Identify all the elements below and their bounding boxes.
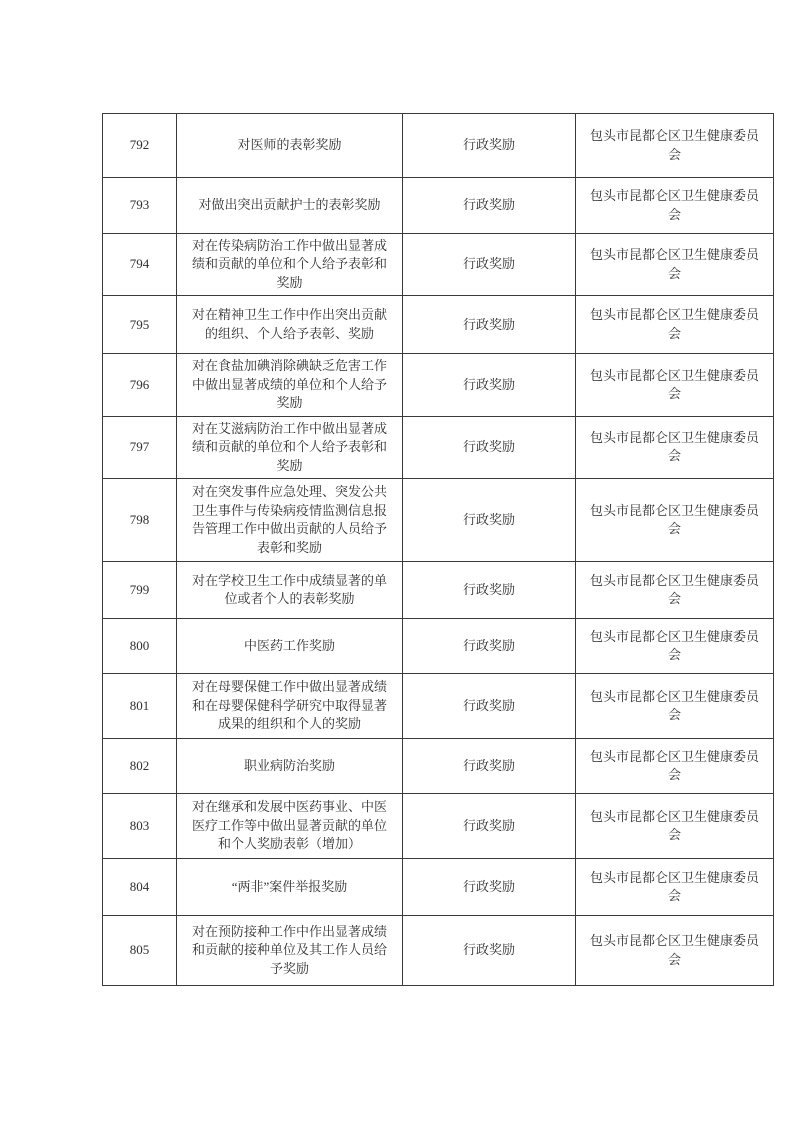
award-category-cell: 行政奖励 bbox=[403, 859, 576, 916]
table-row: 802职业病防治奖励行政奖励包头市昆都仑区卫生健康委员会 bbox=[103, 739, 774, 794]
award-category-cell: 行政奖励 bbox=[403, 562, 576, 619]
award-category-cell: 行政奖励 bbox=[403, 479, 576, 562]
implementing-authority-cell: 包头市昆都仑区卫生健康委员会 bbox=[576, 794, 774, 859]
award-category-cell: 行政奖励 bbox=[403, 234, 576, 296]
award-item-cell: 中医药工作奖励 bbox=[177, 619, 403, 674]
table-row: 797对在艾滋病防治工作中做出显著成绩和贡献的单位和个人给予表彰和奖励行政奖励包… bbox=[103, 416, 774, 478]
table-row: 798对在突发事件应急处理、突发公共卫生事件与传染病疫情监测信息报告管理工作中做… bbox=[103, 479, 774, 562]
table-row: 800中医药工作奖励行政奖励包头市昆都仑区卫生健康委员会 bbox=[103, 619, 774, 674]
implementing-authority-cell: 包头市昆都仑区卫生健康委员会 bbox=[576, 234, 774, 296]
implementing-authority-cell: 包头市昆都仑区卫生健康委员会 bbox=[576, 114, 774, 178]
implementing-authority-cell: 包头市昆都仑区卫生健康委员会 bbox=[576, 916, 774, 986]
row-number-cell: 795 bbox=[103, 296, 177, 354]
row-number-cell: 801 bbox=[103, 674, 177, 739]
administrative-awards-table: 792对医师的表彰奖励行政奖励包头市昆都仑区卫生健康委员会793对做出突出贡献护… bbox=[102, 113, 774, 986]
implementing-authority-cell: 包头市昆都仑区卫生健康委员会 bbox=[576, 479, 774, 562]
implementing-authority-cell: 包头市昆都仑区卫生健康委员会 bbox=[576, 859, 774, 916]
award-category-cell: 行政奖励 bbox=[403, 178, 576, 234]
table-row: 805对在预防接种工作中作出显著成绩和贡献的接种单位及其工作人员给予奖励行政奖励… bbox=[103, 916, 774, 986]
table-row: 804“两非”案件举报奖励行政奖励包头市昆都仑区卫生健康委员会 bbox=[103, 859, 774, 916]
implementing-authority-cell: 包头市昆都仑区卫生健康委员会 bbox=[576, 354, 774, 416]
table-row: 792对医师的表彰奖励行政奖励包头市昆都仑区卫生健康委员会 bbox=[103, 114, 774, 178]
award-item-cell: 对在继承和发展中医药事业、中医医疗工作等中做出显著贡献的单位和个人奖励表彰（增加… bbox=[177, 794, 403, 859]
table-row: 795对在精神卫生工作中作出突出贡献的组织、个人给予表彰、奖励行政奖励包头市昆都… bbox=[103, 296, 774, 354]
table-row: 803对在继承和发展中医药事业、中医医疗工作等中做出显著贡献的单位和个人奖励表彰… bbox=[103, 794, 774, 859]
award-item-cell: 职业病防治奖励 bbox=[177, 739, 403, 794]
row-number-cell: 793 bbox=[103, 178, 177, 234]
row-number-cell: 805 bbox=[103, 916, 177, 986]
implementing-authority-cell: 包头市昆都仑区卫生健康委员会 bbox=[576, 178, 774, 234]
award-item-cell: “两非”案件举报奖励 bbox=[177, 859, 403, 916]
row-number-cell: 799 bbox=[103, 562, 177, 619]
award-item-cell: 对在传染病防治工作中做出显著成绩和贡献的单位和个人给予表彰和奖励 bbox=[177, 234, 403, 296]
implementing-authority-cell: 包头市昆都仑区卫生健康委员会 bbox=[576, 674, 774, 739]
row-number-cell: 797 bbox=[103, 416, 177, 478]
award-category-cell: 行政奖励 bbox=[403, 354, 576, 416]
award-item-cell: 对做出突出贡献护士的表彰奖励 bbox=[177, 178, 403, 234]
award-item-cell: 对在突发事件应急处理、突发公共卫生事件与传染病疫情监测信息报告管理工作中做出贡献… bbox=[177, 479, 403, 562]
table-row: 801对在母婴保健工作中做出显著成绩和在母婴保健科学研究中取得显著成果的组织和个… bbox=[103, 674, 774, 739]
table-row: 794对在传染病防治工作中做出显著成绩和贡献的单位和个人给予表彰和奖励行政奖励包… bbox=[103, 234, 774, 296]
award-item-cell: 对在学校卫生工作中成绩显著的单位或者个人的表彰奖励 bbox=[177, 562, 403, 619]
implementing-authority-cell: 包头市昆都仑区卫生健康委员会 bbox=[576, 619, 774, 674]
implementing-authority-cell: 包头市昆都仑区卫生健康委员会 bbox=[576, 562, 774, 619]
award-category-cell: 行政奖励 bbox=[403, 416, 576, 478]
award-category-cell: 行政奖励 bbox=[403, 619, 576, 674]
award-item-cell: 对在食盐加碘消除碘缺乏危害工作中做出显著成绩的单位和个人给予奖励 bbox=[177, 354, 403, 416]
implementing-authority-cell: 包头市昆都仑区卫生健康委员会 bbox=[576, 416, 774, 478]
award-category-cell: 行政奖励 bbox=[403, 916, 576, 986]
award-category-cell: 行政奖励 bbox=[403, 674, 576, 739]
award-category-cell: 行政奖励 bbox=[403, 114, 576, 178]
award-category-cell: 行政奖励 bbox=[403, 739, 576, 794]
row-number-cell: 794 bbox=[103, 234, 177, 296]
award-item-cell: 对在精神卫生工作中作出突出贡献的组织、个人给予表彰、奖励 bbox=[177, 296, 403, 354]
award-item-cell: 对在艾滋病防治工作中做出显著成绩和贡献的单位和个人给予表彰和奖励 bbox=[177, 416, 403, 478]
award-item-cell: 对在预防接种工作中作出显著成绩和贡献的接种单位及其工作人员给予奖励 bbox=[177, 916, 403, 986]
row-number-cell: 792 bbox=[103, 114, 177, 178]
implementing-authority-cell: 包头市昆都仑区卫生健康委员会 bbox=[576, 296, 774, 354]
table-row: 796对在食盐加碘消除碘缺乏危害工作中做出显著成绩的单位和个人给予奖励行政奖励包… bbox=[103, 354, 774, 416]
award-item-cell: 对在母婴保健工作中做出显著成绩和在母婴保健科学研究中取得显著成果的组织和个人的奖… bbox=[177, 674, 403, 739]
row-number-cell: 802 bbox=[103, 739, 177, 794]
table-body: 792对医师的表彰奖励行政奖励包头市昆都仑区卫生健康委员会793对做出突出贡献护… bbox=[103, 114, 774, 986]
award-category-cell: 行政奖励 bbox=[403, 794, 576, 859]
row-number-cell: 803 bbox=[103, 794, 177, 859]
row-number-cell: 804 bbox=[103, 859, 177, 916]
award-category-cell: 行政奖励 bbox=[403, 296, 576, 354]
award-item-cell: 对医师的表彰奖励 bbox=[177, 114, 403, 178]
row-number-cell: 798 bbox=[103, 479, 177, 562]
table-row: 793对做出突出贡献护士的表彰奖励行政奖励包头市昆都仑区卫生健康委员会 bbox=[103, 178, 774, 234]
row-number-cell: 800 bbox=[103, 619, 177, 674]
document-page: 792对医师的表彰奖励行政奖励包头市昆都仑区卫生健康委员会793对做出突出贡献护… bbox=[0, 0, 793, 1122]
implementing-authority-cell: 包头市昆都仑区卫生健康委员会 bbox=[576, 739, 774, 794]
table-row: 799对在学校卫生工作中成绩显著的单位或者个人的表彰奖励行政奖励包头市昆都仑区卫… bbox=[103, 562, 774, 619]
row-number-cell: 796 bbox=[103, 354, 177, 416]
